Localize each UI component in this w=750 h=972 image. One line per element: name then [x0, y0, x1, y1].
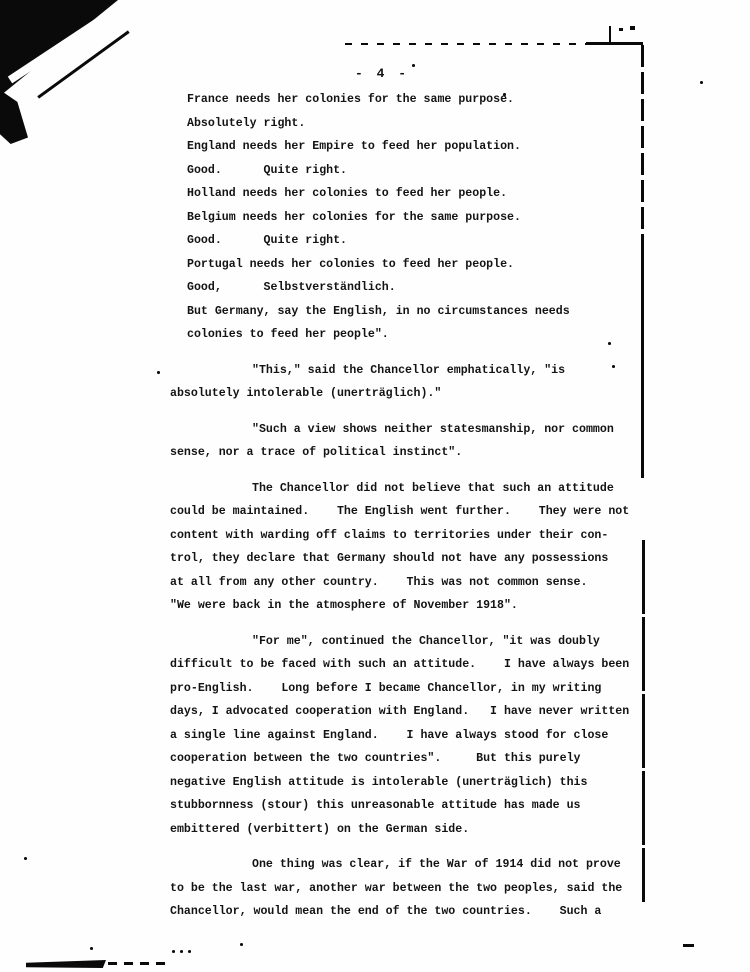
corner-bracket-mark-artifact	[609, 26, 639, 43]
typed-line: Belgium needs her colonies for the same …	[187, 206, 656, 230]
typed-line: "This," said the Chancellor emphatically…	[170, 359, 656, 383]
typed-line: embittered (verbittert) on the German si…	[170, 818, 656, 842]
document-body: France needs her colonies for the same p…	[170, 88, 656, 924]
typed-line: at all from any other country. This was …	[170, 571, 656, 595]
typed-line: Absolutely right.	[187, 112, 656, 136]
top-dashed-line-artifact	[345, 43, 588, 45]
typed-line: Chancellor, would mean the end of the tw…	[170, 900, 656, 924]
typed-line: to be the last war, another war between …	[170, 877, 656, 901]
typed-line: "Such a view shows neither statesmanship…	[170, 418, 656, 442]
typed-line: "We were back in the atmosphere of Novem…	[170, 594, 656, 618]
paragraph: "Such a view shows neither statesmanship…	[170, 418, 656, 465]
bottom-right-dash-mark	[683, 944, 694, 947]
typed-line: colonies to feed her people".	[187, 323, 656, 347]
paragraph: The Chancellor did not believe that such…	[170, 477, 656, 618]
paragraphs-container: "This," said the Chancellor emphatically…	[170, 359, 656, 924]
scanned-document-page: - 4 - France needs her colonies for the …	[0, 0, 750, 972]
typed-line: difficult to be faced with such an attit…	[170, 653, 656, 677]
typed-line: absolutely intolerable (unerträglich)."	[170, 382, 656, 406]
typed-line: "For me", continued the Chancellor, "it …	[170, 630, 656, 654]
typed-line: Good. Quite right.	[187, 229, 656, 253]
speckle-dot	[172, 950, 175, 953]
quoted-list-block: France needs her colonies for the same p…	[187, 88, 656, 347]
typed-line: The Chancellor did not believe that such…	[170, 477, 656, 501]
typed-line: a single line against England. I have al…	[170, 724, 656, 748]
typed-line: But Germany, say the English, in no circ…	[187, 300, 656, 324]
typed-line: days, I advocated cooperation with Engla…	[170, 700, 656, 724]
speckle-dot	[24, 857, 27, 860]
bottom-smudge-dashes	[108, 962, 166, 965]
typed-line: content with warding off claims to terri…	[170, 524, 656, 548]
speckle-dot	[240, 943, 243, 946]
paragraph: One thing was clear, if the War of 1914 …	[170, 853, 656, 924]
typed-line: sense, nor a trace of political instinct…	[170, 441, 656, 465]
speckle-dot	[188, 950, 191, 953]
speckle-dot	[700, 81, 703, 84]
page-number: - 4 -	[0, 66, 750, 81]
speckle-dot	[90, 947, 93, 950]
left-edge-mark-artifact	[0, 90, 28, 144]
typed-line: England needs her Empire to feed her pop…	[187, 135, 656, 159]
typed-line: Holland needs her colonies to feed her p…	[187, 182, 656, 206]
typed-line: negative English attitude is intolerable…	[170, 771, 656, 795]
typed-line: stubbornness (stour) this unreasonable a…	[170, 794, 656, 818]
typed-line: cooperation between the two countries". …	[170, 747, 656, 771]
typed-line: France needs her colonies for the same p…	[187, 88, 656, 112]
typed-line: One thing was clear, if the War of 1914 …	[170, 853, 656, 877]
typed-line: Good. Quite right.	[187, 159, 656, 183]
paragraph: "This," said the Chancellor emphatically…	[170, 359, 656, 406]
typed-line: pro-English. Long before I became Chance…	[170, 677, 656, 701]
typed-line: Good, Selbstverständlich.	[187, 276, 656, 300]
typed-line: Portugal needs her colonies to feed her …	[187, 253, 656, 277]
speckle-dot	[180, 950, 183, 953]
bottom-left-smudge	[26, 960, 106, 968]
speckle-dot	[157, 371, 160, 374]
typed-line: trol, they declare that Germany should n…	[170, 547, 656, 571]
paragraph: "For me", continued the Chancellor, "it …	[170, 630, 656, 842]
typed-line: could be maintained. The English went fu…	[170, 500, 656, 524]
